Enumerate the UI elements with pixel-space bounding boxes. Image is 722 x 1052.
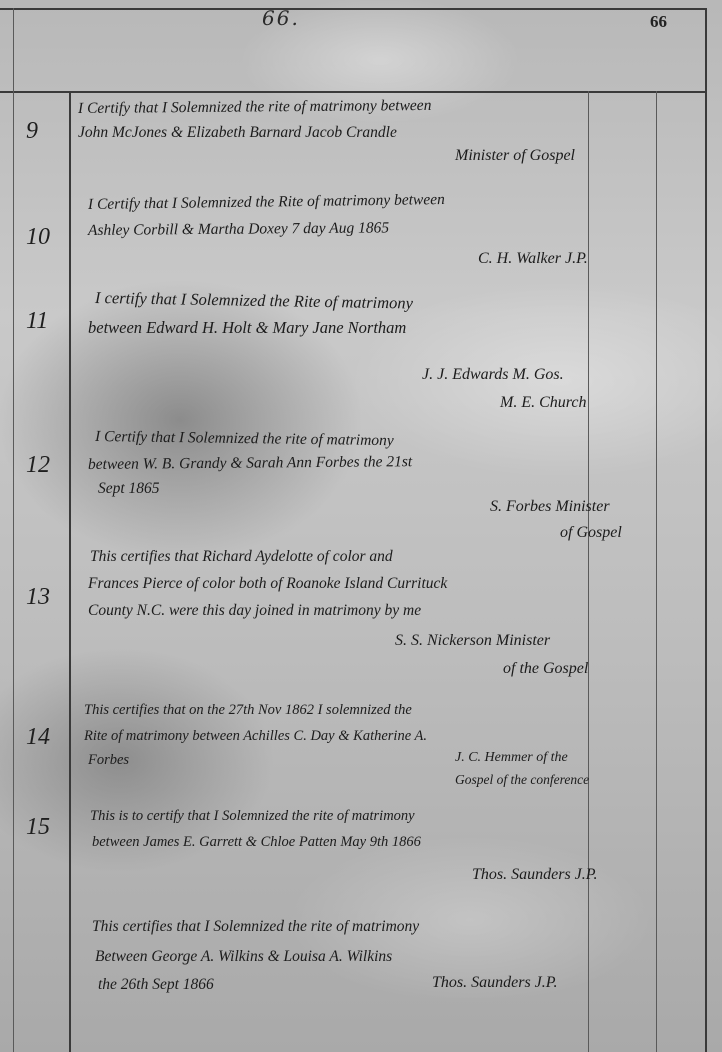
right-column-rule-1 [588,91,589,1052]
entry-signature: J. C. Hemmer of the [455,750,568,766]
entry-text-line: Ashley Corbill & Martha Doxey 7 day Aug … [88,219,389,240]
entry-number: 13 [26,584,66,611]
left-margin-rule [13,8,14,1052]
entry-text-line: I Certify that I Solemnized the rite of … [95,428,394,450]
entry-signature: of Gospel [560,524,622,542]
entry-text-line: I certify that I Solemnized the Rite of … [95,288,413,314]
entry-text-line: This certifies that on the 27th Nov 1862… [84,702,412,719]
entry-text-line: between Edward H. Holt & Mary Jane North… [88,318,406,338]
entry-number: 15 [26,814,66,841]
entry-text-line: County N.C. were this day joined in matr… [88,602,421,620]
entry-text-line: Forbes [88,752,129,769]
entry-signature: Thos. Saunders J.P. [432,974,558,992]
entry-number: 10 [26,224,66,251]
entry-text-line: This is to certify that I Solemnized the… [90,808,415,825]
entry-signature: M. E. Church [500,394,587,412]
entry-text-line: I Certify that I Solemnized the rite of … [78,97,432,118]
entry-signature: of the Gospel [503,660,588,678]
page-edge-rule [705,8,707,1052]
entry-text-line: Frances Pierce of color both of Roanoke … [88,575,447,593]
entry-number: 11 [26,308,66,335]
entry-text-line: between James E. Garrett & Chloe Patten … [92,834,421,851]
entry-number: 14 [26,724,66,751]
entry-text-line: John McJones & Elizabeth Barnard Jacob C… [78,124,397,142]
entry-text-line: This certifies that Richard Aydelotte of… [90,548,393,566]
entry-signature: J. J. Edwards M. Gos. [422,366,564,384]
entry-signature: S. S. Nickerson Minister [395,632,550,650]
entry-signature: Minister of Gospel [455,147,575,165]
entry-signature: S. Forbes Minister [490,498,610,516]
page-number-printed: 66 [650,12,667,32]
top-border-rule [0,8,705,10]
entry-text-line: This certifies that I Solemnized the rit… [92,918,419,936]
entry-text-line: Sept 1865 [98,480,160,498]
entry-text-line: the 26th Sept 1866 [98,976,214,994]
entry-text-line: Between George A. Wilkins & Louisa A. Wi… [95,948,392,966]
entry-number: 9 [26,118,66,145]
entry-signature: C. H. Walker J.P. [478,250,588,268]
register-page: 66. 66 9 I Certify that I Solemnized the… [0,0,722,1052]
right-column-rule-2 [656,91,657,1052]
number-column-rule [69,91,71,1052]
entry-text-line: Rite of matrimony between Achilles C. Da… [84,728,427,745]
page-number-handwritten: 66. [262,6,300,30]
entry-text-line: I Certify that I Solemnized the Rite of … [88,191,445,214]
entry-number: 12 [26,452,66,479]
entry-text-line: between W. B. Grandy & Sarah Ann Forbes … [88,453,412,474]
header-rule [0,91,705,93]
entry-signature: Thos. Saunders J.P. [472,866,598,884]
entry-signature: Gospel of the conference [455,772,589,788]
